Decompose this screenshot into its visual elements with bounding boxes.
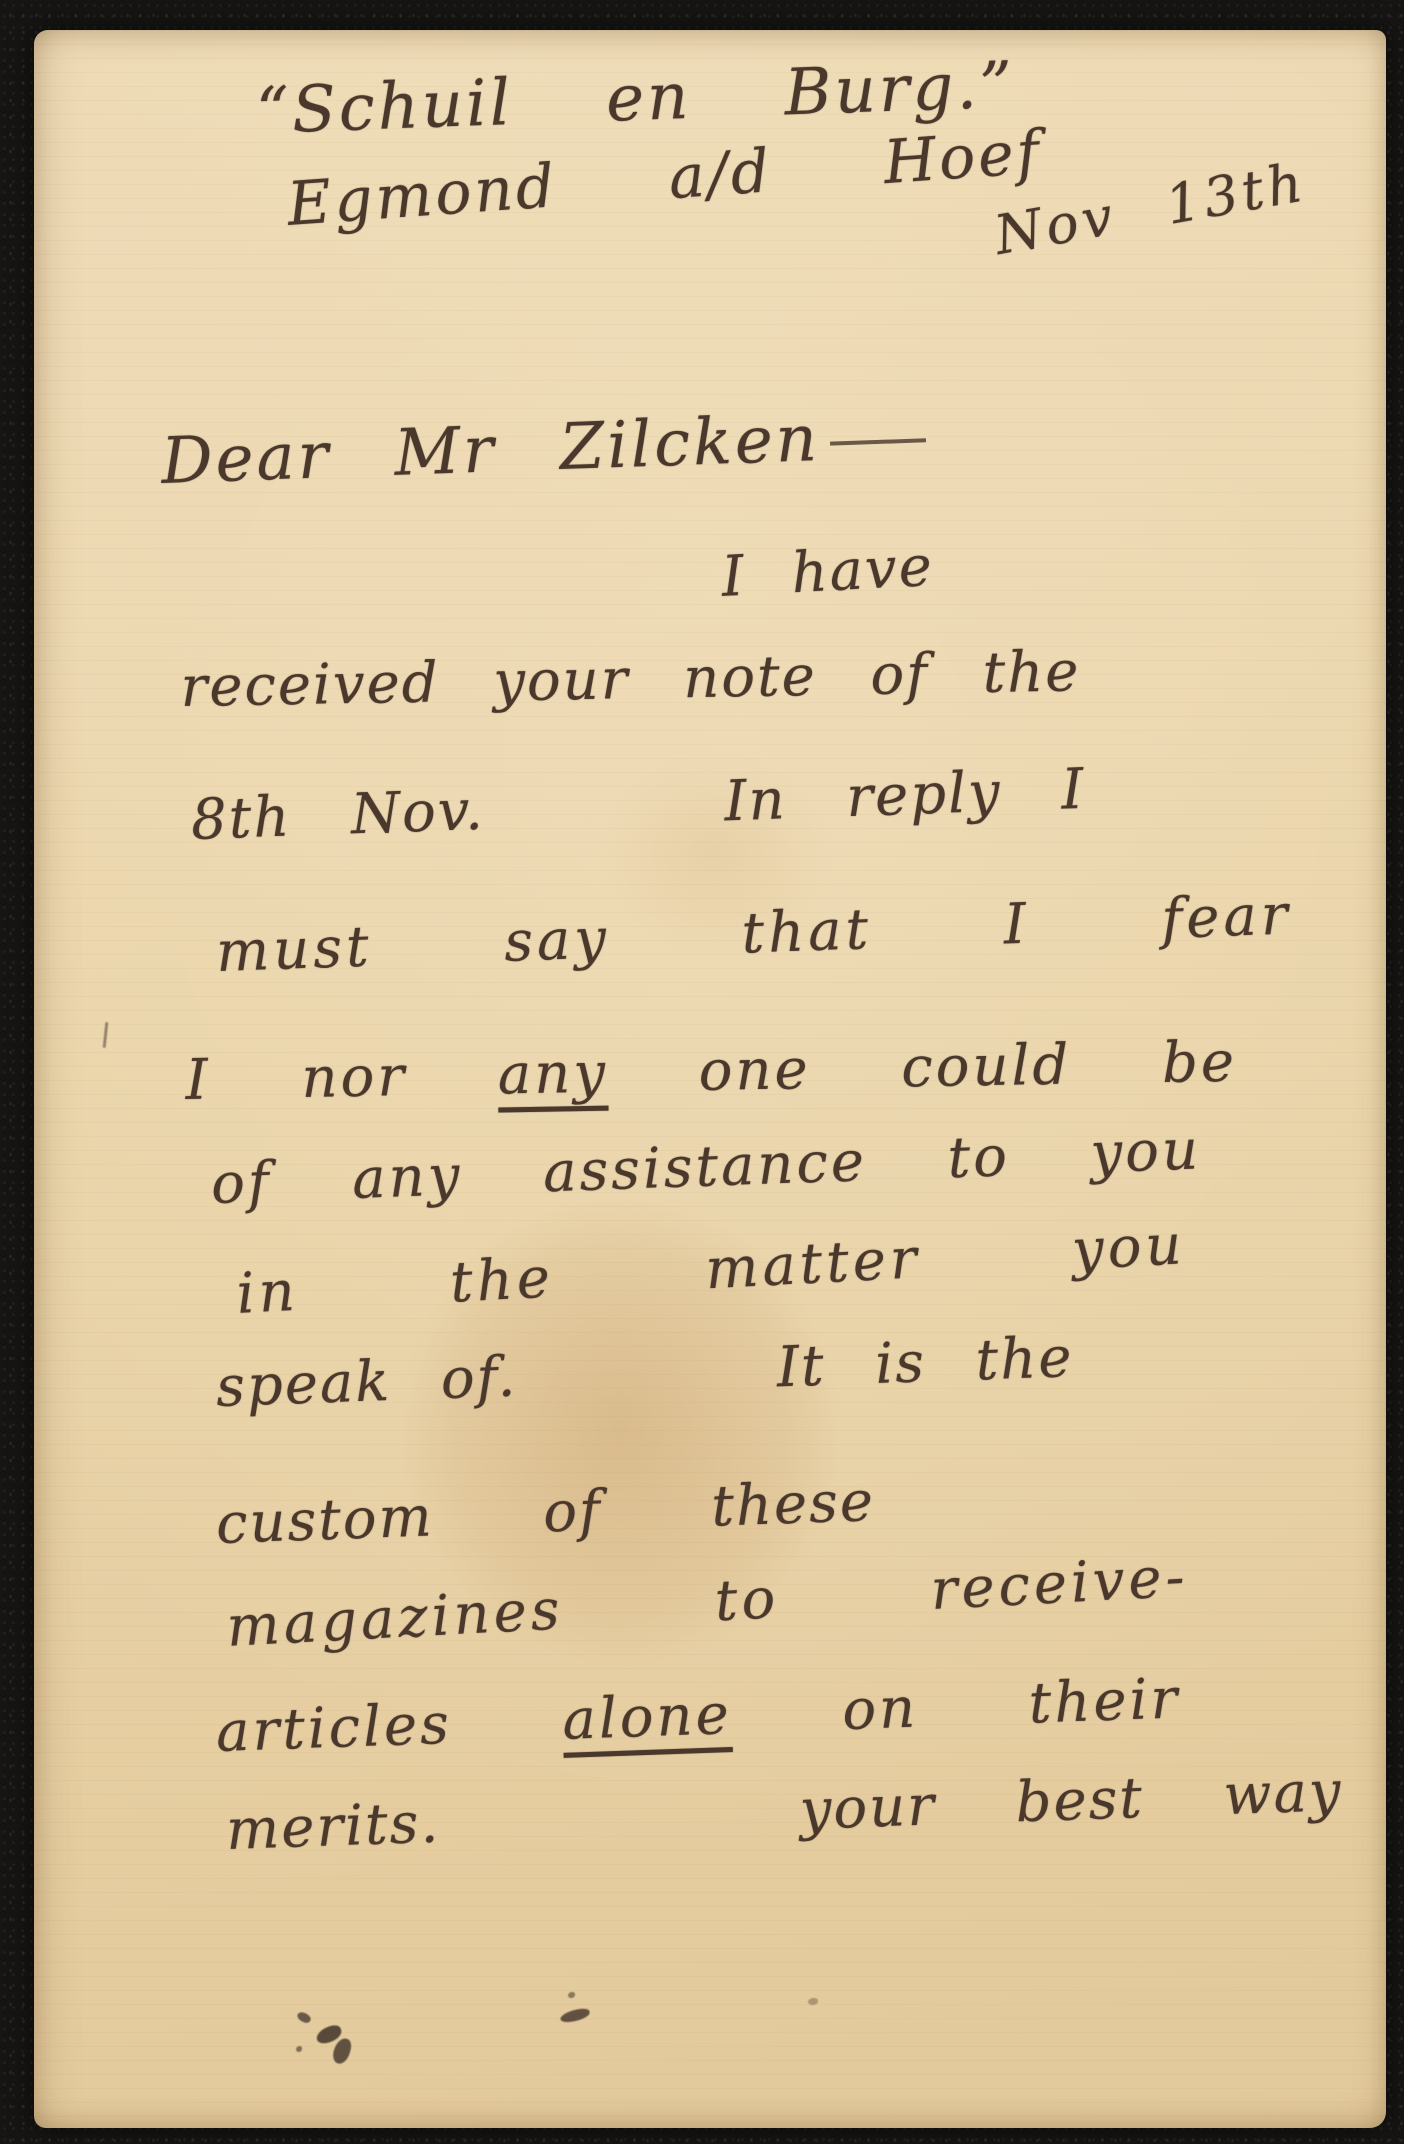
body-line-9: custom of these <box>215 1469 876 1557</box>
underlined-word: any <box>497 1041 608 1108</box>
text-segment: must say that I fear <box>215 882 1293 985</box>
photo-background: “Schuil en Burg.” Egmond a/d Hoef Nov 13… <box>0 0 1404 2144</box>
body-line-3: 8th Nov.In reply I <box>190 757 1086 853</box>
letter-paper: “Schuil en Burg.” Egmond a/d Hoef Nov 13… <box>34 30 1386 2128</box>
ink-smudge <box>296 2010 313 2025</box>
text-segment: In reply I <box>723 757 1086 835</box>
body-line-2: received your note of the <box>180 639 1081 720</box>
text-segment: custom of these <box>215 1469 876 1557</box>
text-segment: your best way <box>799 1759 1344 1843</box>
text-segment: I nor <box>185 1043 498 1113</box>
text-segment: received your note of the <box>180 639 1081 720</box>
ink-smudge <box>331 2036 353 2065</box>
text-segment: It is the <box>776 1325 1075 1400</box>
ink-smudge <box>296 2046 302 2052</box>
body-line-1: I have <box>720 534 935 610</box>
text-segment: 8th Nov. <box>190 778 486 853</box>
stray-pen-stroke <box>103 1022 109 1048</box>
text-segment: magazines to receive- <box>225 1545 1190 1660</box>
body-line-4: must say that I fear <box>215 882 1293 985</box>
body-line-11: articles alone on their <box>215 1666 1181 1765</box>
ink-smudge <box>559 2007 591 2024</box>
text-segment: I have <box>720 534 935 610</box>
text-segment: articles <box>215 1688 564 1765</box>
body-line-10: magazines to receive- <box>225 1545 1190 1660</box>
salutation: Dear Mr Zilcken <box>160 398 927 499</box>
text-segment: one could be <box>607 1030 1237 1106</box>
text-segment: merits. <box>225 1791 441 1863</box>
body-line-8: speak of.It is the <box>215 1325 1074 1420</box>
text-segment: in the matter you <box>235 1212 1187 1327</box>
ink-smudge <box>568 1992 575 1998</box>
body-line-5: I nor any one could be <box>185 1030 1238 1113</box>
text-segment: speak of. <box>215 1344 518 1419</box>
ink-smudge <box>808 1998 818 2005</box>
body-line-7: in the matter you <box>235 1212 1187 1327</box>
body-line-12: merits.your best way <box>225 1759 1344 1863</box>
body-line-6: of any assistance to you <box>210 1117 1202 1217</box>
underlined-word: alone <box>561 1682 732 1753</box>
text-segment: of any assistance to you <box>210 1117 1202 1217</box>
text-segment: on their <box>730 1666 1181 1747</box>
